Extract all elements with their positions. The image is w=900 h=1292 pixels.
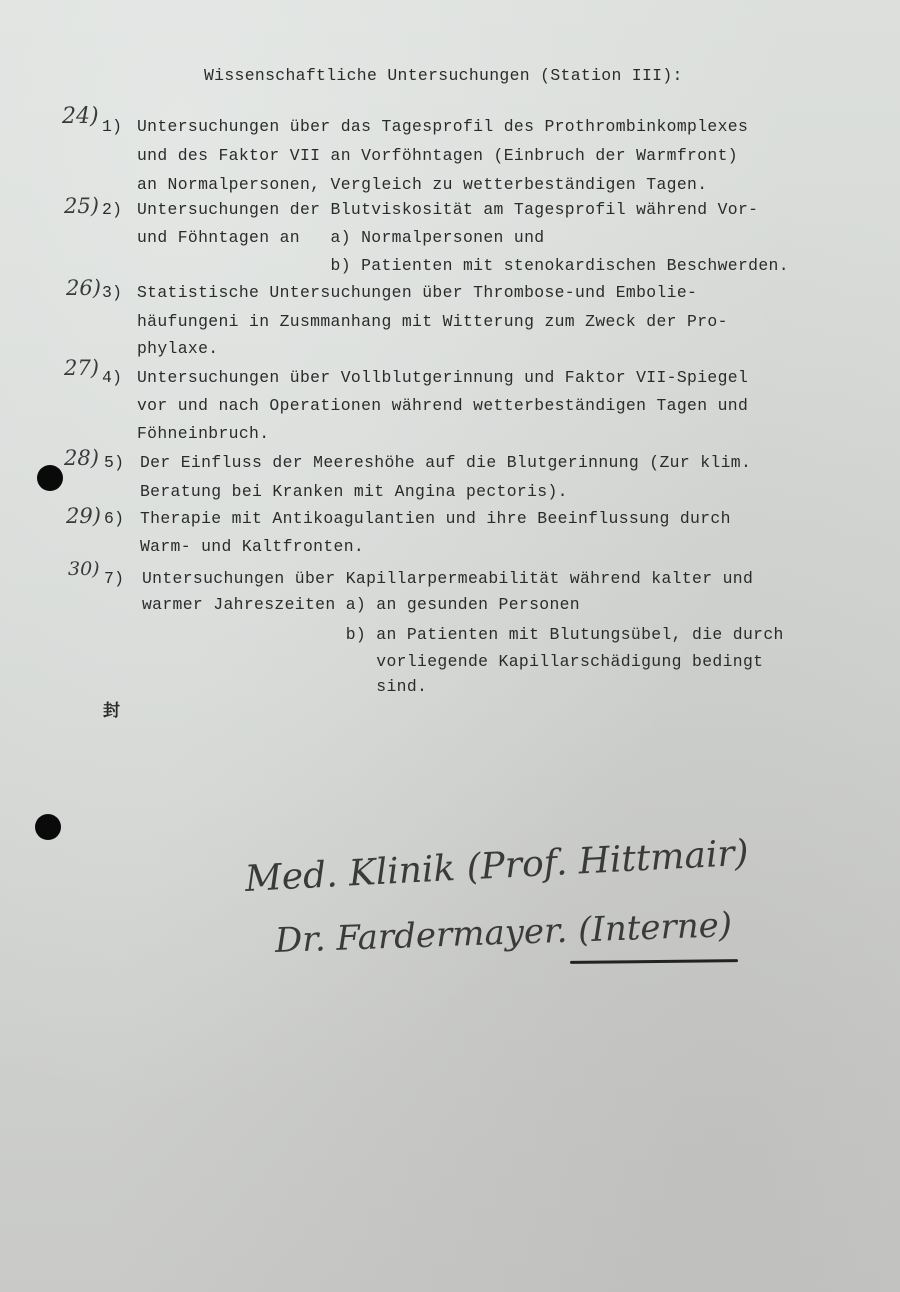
item-number: 7) [104,571,124,587]
handwritten-annotation: 29) [66,506,101,527]
punch-hole-icon [37,465,63,491]
item-7-line-1: Untersuchungen über Kapillarpermeabilitä… [142,571,753,587]
item-7-line-2: warmer Jahreszeiten a) an gesunden Perso… [142,597,580,613]
item-6-line-2: Warm- und Kaltfronten. [140,539,364,555]
handwritten-doctor-note: Dr. Fardermayer. (Interne) [274,908,732,958]
item-3-line-1: Statistische Untersuchungen über Thrombo… [137,285,697,301]
item-2-line-1: Untersuchungen der Blutviskosität am Tag… [137,202,758,218]
document-title: Wissenschaftliche Untersuchungen (Statio… [204,68,683,84]
item-number: 5) [104,455,124,471]
punch-hole-icon [35,814,61,840]
handwritten-underline [570,959,738,964]
item-number: 3) [102,285,122,301]
item-7-line-4: vorliegende Kapillarschädigung bedingt [142,654,763,670]
item-4-line-1: Untersuchungen über Vollblutgerinnung un… [137,370,748,386]
item-number: 6) [104,511,124,527]
handwritten-annotation: 27) [64,358,99,379]
item-number: 4) [102,370,122,386]
item-6-line-1: Therapie mit Antikoagulantien und ihre B… [140,511,731,527]
item-4-line-3: Föhneinbruch. [137,426,269,442]
handwritten-annotation: 24) [62,106,99,128]
stamp-mark: 封 [103,696,120,721]
handwritten-annotation: 25) [64,196,99,217]
item-number: 1) [102,119,122,135]
handwritten-annotation: 28) [64,448,99,469]
item-7-line-3: b) an Patienten mit Blutungsübel, die du… [142,627,784,643]
item-1-line-3: an Normalpersonen, Vergleich zu wetterbe… [137,177,707,193]
handwritten-clinic-note: Med. Klinik (Prof. Hittmair) [244,836,749,898]
item-1-line-1: Untersuchungen über das Tagesprofil des … [137,119,748,135]
item-2-line-2: und Föhntagen an a) Normalpersonen und [137,230,544,246]
handwritten-annotation: 30) [68,560,100,579]
item-5-line-1: Der Einfluss der Meereshöhe auf die Blut… [140,455,751,471]
item-number: 2) [102,202,122,218]
document-page: Wissenschaftliche Untersuchungen (Statio… [0,0,900,1292]
handwritten-annotation: 26) [66,278,101,299]
item-4-line-2: vor und nach Operationen während wetterb… [137,398,748,414]
item-2-line-3: b) Patienten mit stenokardischen Beschwe… [137,258,789,274]
item-3-line-2: häufungeni in Zusmmanhang mit Witterung … [137,314,728,330]
item-7-line-5: sind. [142,679,427,695]
item-3-line-3: phylaxe. [137,341,219,357]
item-5-line-2: Beratung bei Kranken mit Angina pectoris… [140,484,568,500]
item-1-line-2: und des Faktor VII an Vorföhntagen (Einb… [137,148,738,164]
